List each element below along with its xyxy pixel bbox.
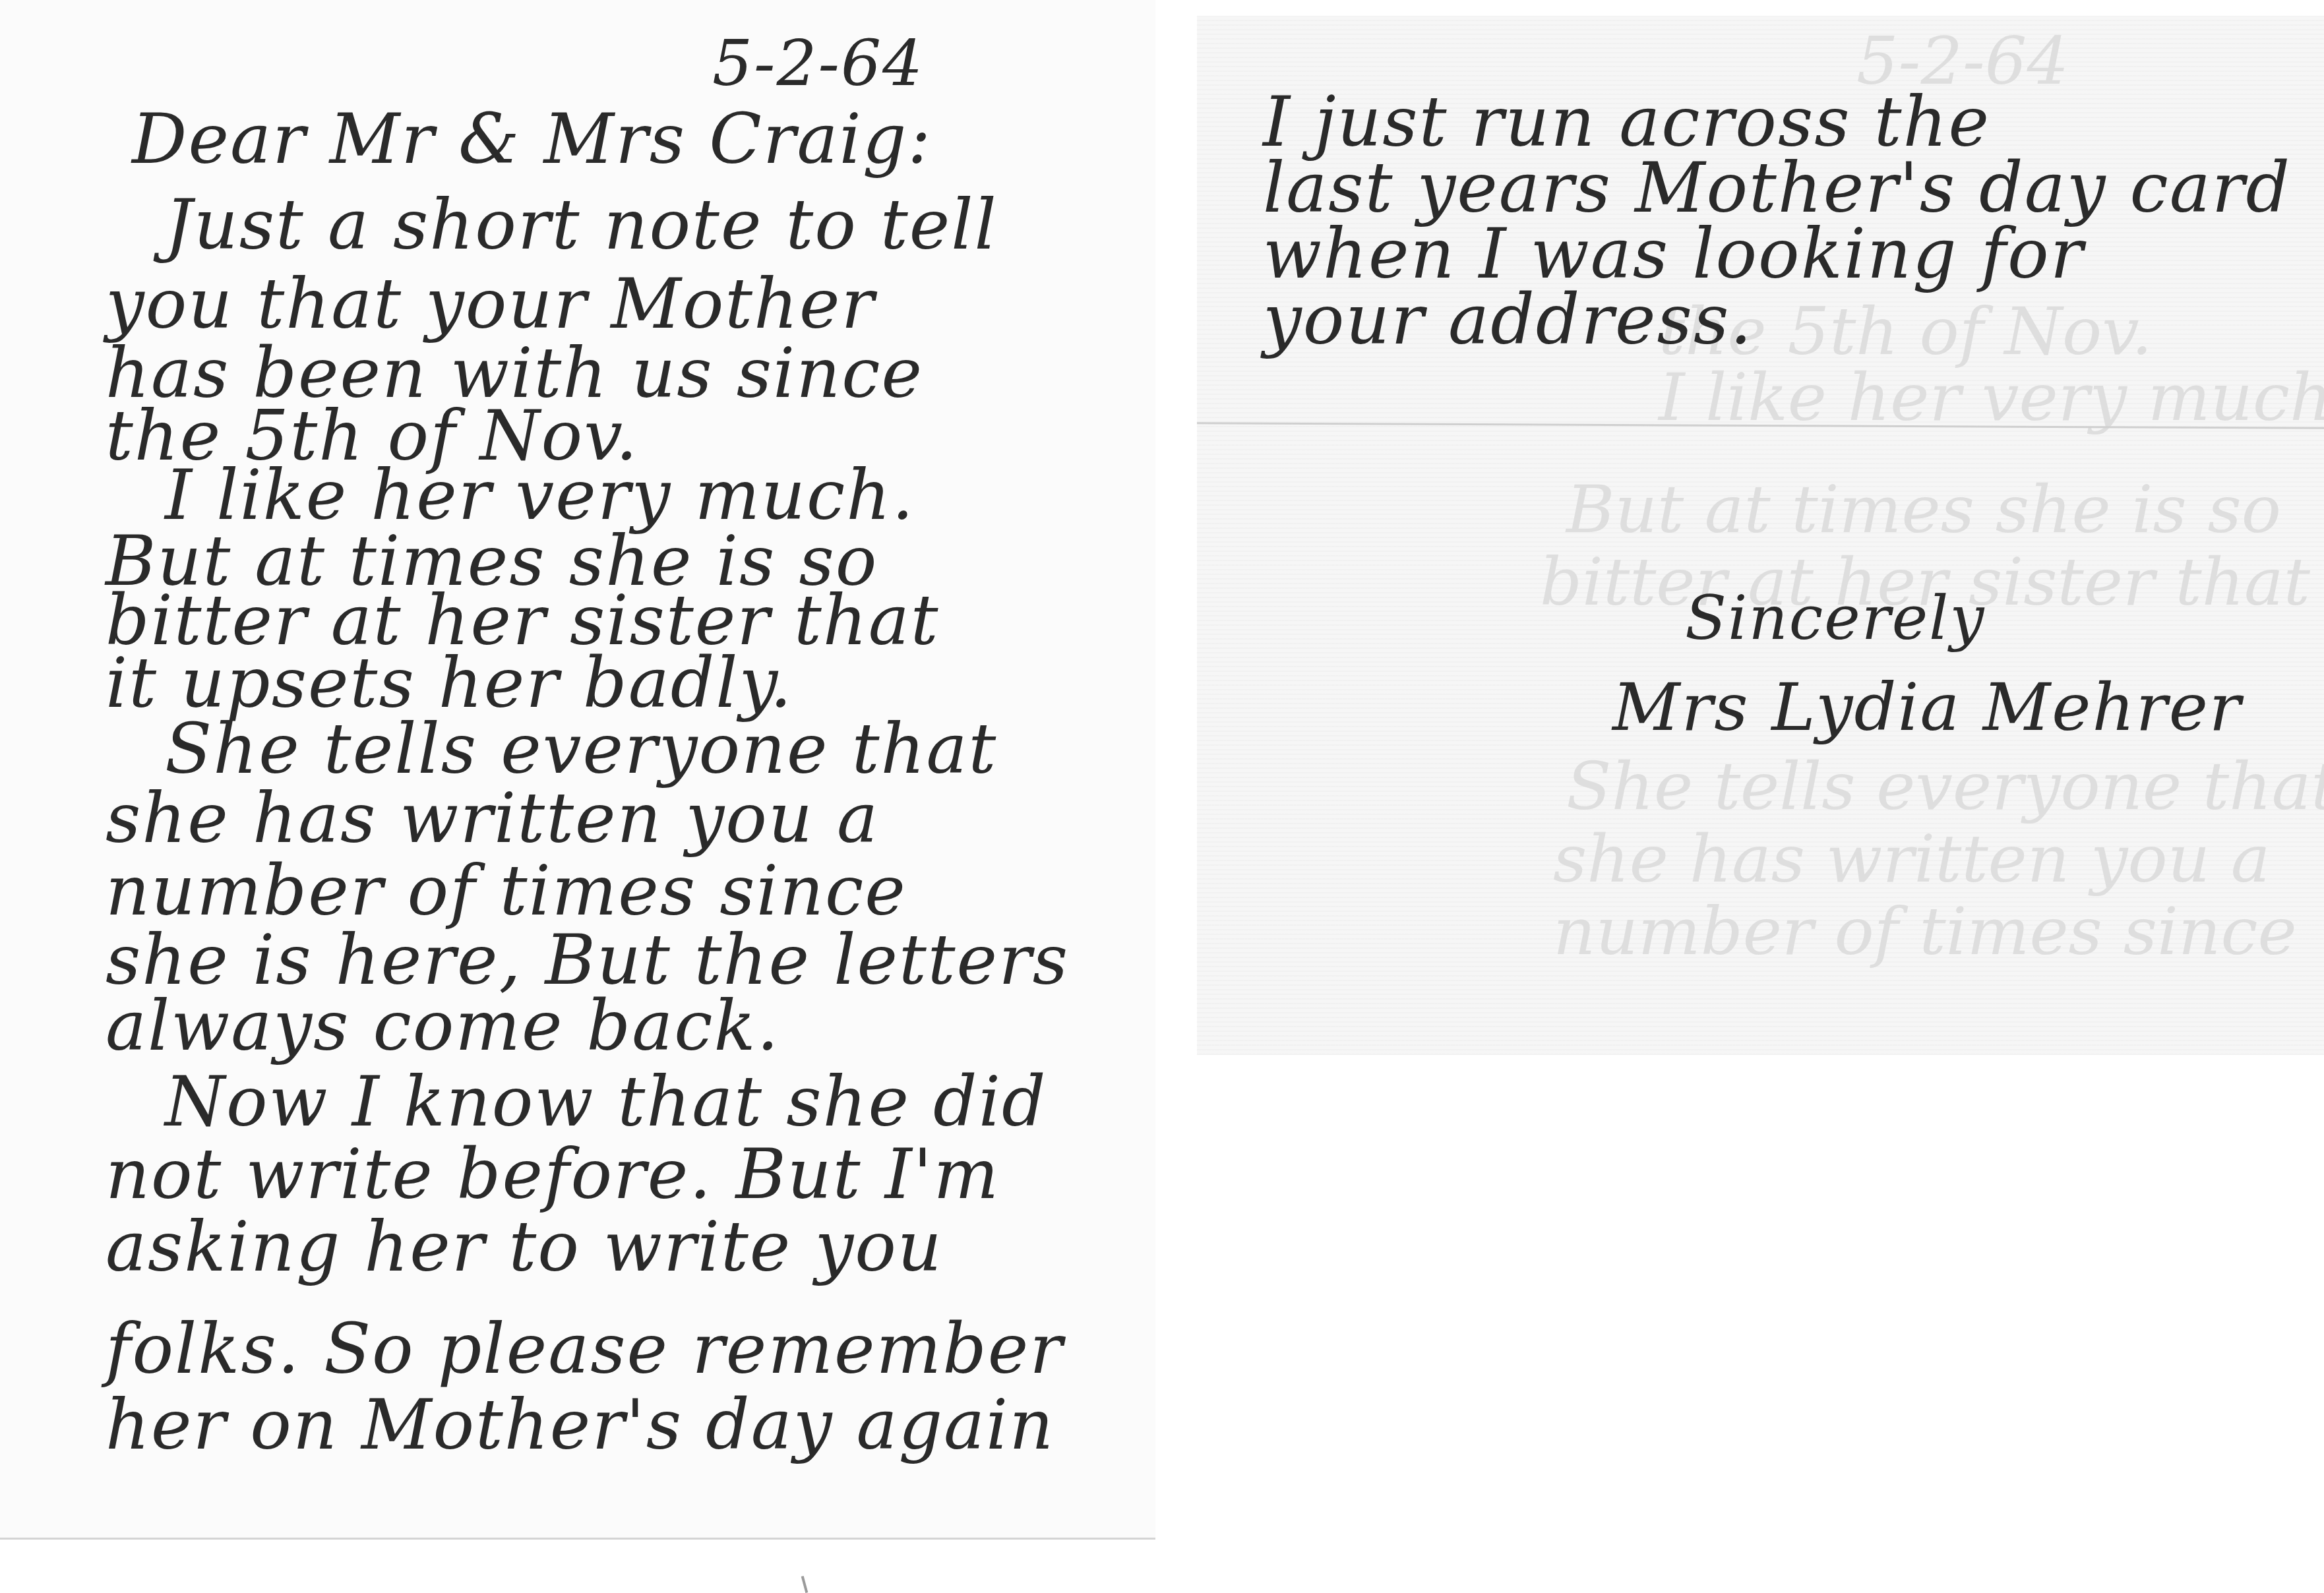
letter-line: your address. [1263,280,1753,360]
letter-line: her on Mother's day again [106,1385,1055,1465]
closing: Sincerely [1685,583,1986,653]
scan-artifact-mark [801,1576,809,1593]
letter-date: 5-2-64 [712,26,924,100]
bleed-through-text: she has written you a [1553,820,2270,897]
salutation: Dear Mr & Mrs Craig: [132,99,932,179]
bleed-through-text: She tells everyone that [1566,748,2324,825]
letter-line: folks. So please remember [106,1309,1064,1389]
letter-page-1: 5-2-64 Dear Mr & Mrs Craig: Just a short… [0,0,1155,1540]
letter-line: she has written you a [106,778,879,858]
letter-line: number of times since [106,851,907,931]
letter-line: you that your Mother [106,264,875,344]
letter-line: She tells everyone that [165,709,997,789]
letter-line: Now I know that she did [165,1062,1047,1142]
bleed-through-text: But at times she is so [1566,471,2281,548]
bleed-through-text: number of times since [1553,893,2297,970]
signature: Mrs Lydia Mehrer [1612,669,2242,746]
letter-line: not write before. But I'm [106,1134,1000,1215]
letter-line: always come back. [106,986,780,1066]
letter-page-2: 5-2-64 the 5th of Nov. I like her very m… [1197,16,2324,1055]
letter-line: Just a short note to tell [165,185,998,265]
letter-line: asking her to write you [106,1207,943,1287]
